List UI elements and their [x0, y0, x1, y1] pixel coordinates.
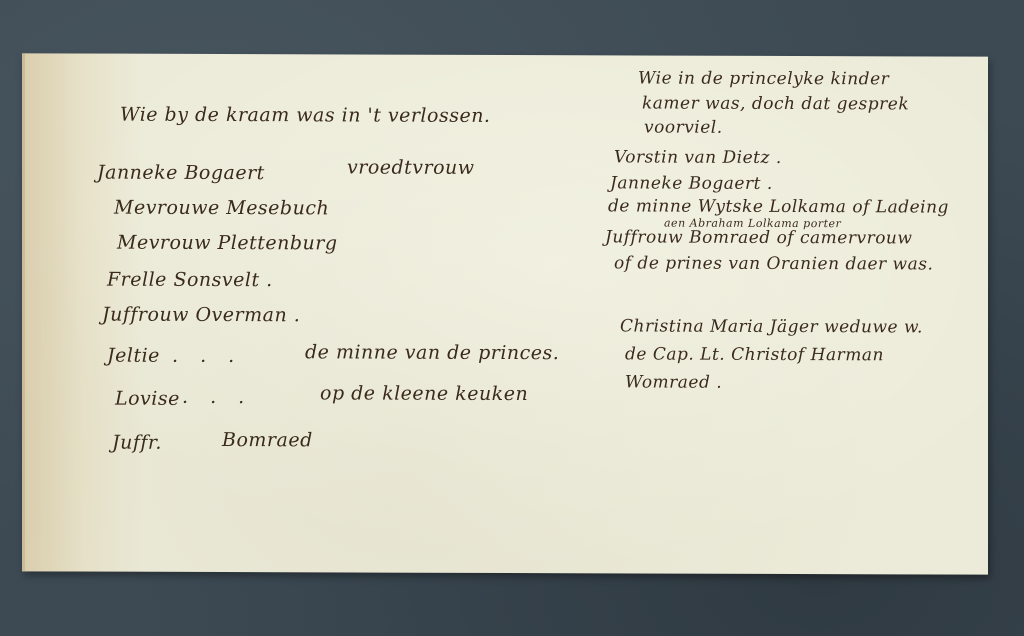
right-entry: Vorstin van Dietz . [614, 149, 782, 167]
note-line: Womraed . [625, 374, 722, 391]
entry-role: Bomraed [222, 431, 313, 450]
entry-separator: . . . [182, 388, 252, 407]
entry-name: Lovise [115, 390, 180, 409]
right-heading-line: Wie in de princelyke kinder [638, 70, 889, 88]
right-entry: Janneke Bogaert . [610, 175, 773, 193]
entry-role: vroedtvrouw [347, 158, 475, 177]
entry-role: op de kleene keuken [320, 384, 528, 404]
entry-role: de minne van de princes. [305, 343, 559, 363]
entry-name: Juffr. [112, 434, 162, 453]
note-line: de Cap. Lt. Christof Harman [625, 346, 884, 364]
manuscript-sheet: Wie by de kraam was in 't verlossen. Jan… [22, 53, 988, 574]
note-line: Christina Maria Jäger weduwe w. [620, 318, 923, 336]
left-heading: Wie by de kraam was in 't verlossen. [120, 106, 490, 126]
entry-name: Mevrouw Plettenburg [117, 234, 338, 254]
entry-name: Mevrouwe Mesebuch [114, 199, 329, 219]
right-heading-line: kamer was, doch dat gesprek [642, 95, 909, 113]
right-heading-line: voorviel. [644, 119, 723, 136]
right-entry: of de prines van Oranien daer was. [614, 255, 933, 273]
entry-name: Juffrouw Overman . [102, 306, 300, 326]
entry-name: Jeltie [107, 347, 160, 366]
right-entry: Juffrouw Bomraed of camervrouw [605, 229, 912, 247]
entry-separator: . . . [172, 347, 242, 366]
paper-crease [22, 53, 25, 571]
right-entry: de minne Wytske Lolkama of Ladeing [608, 198, 949, 216]
entry-name: Frelle Sonsvelt . [107, 271, 273, 291]
entry-name: Janneke Bogaert [97, 164, 265, 184]
